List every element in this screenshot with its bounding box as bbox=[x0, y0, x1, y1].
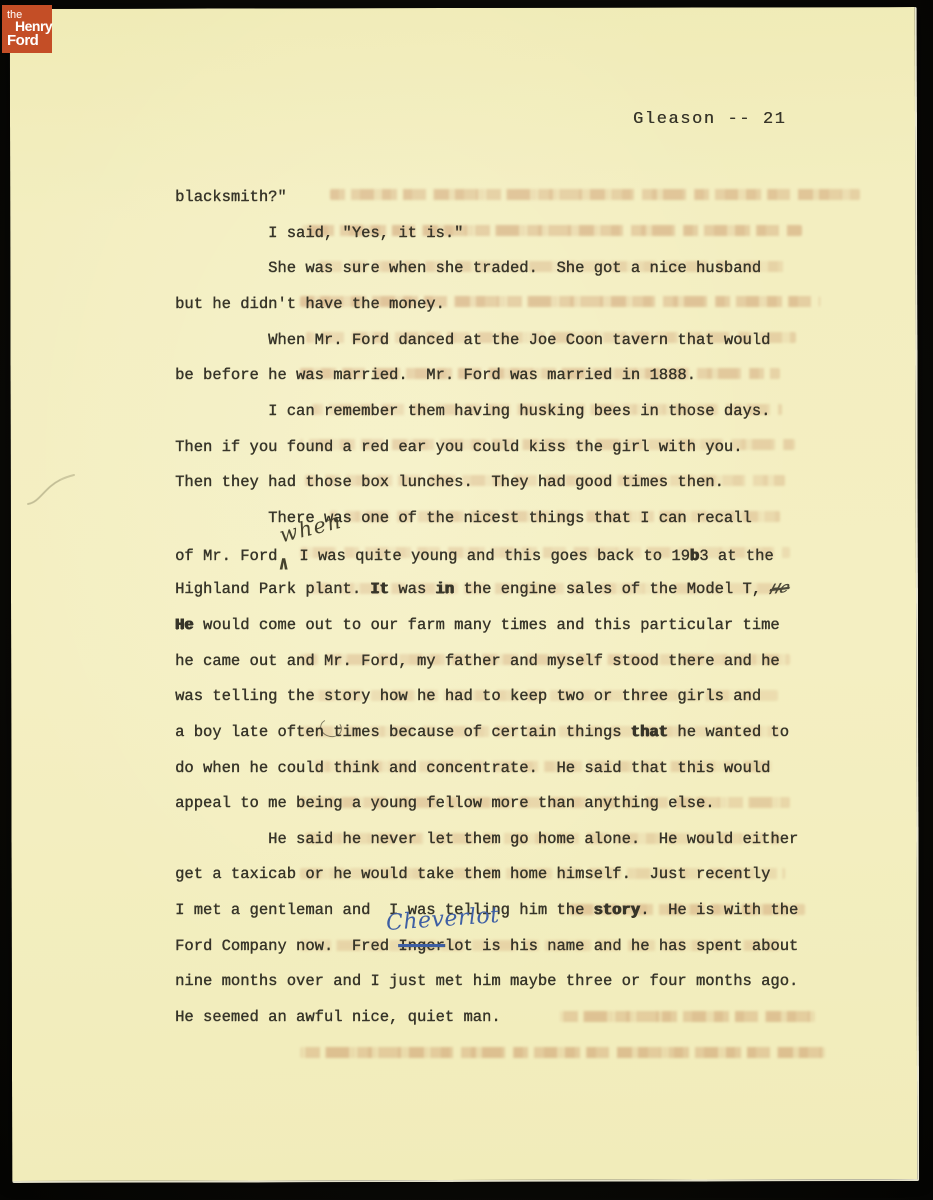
typed-line: There was one of the nicest things that … bbox=[175, 501, 855, 537]
text-segment: Ford Company now. Fred bbox=[175, 937, 398, 955]
typed-line: do when he could think and concentrate. … bbox=[175, 751, 855, 787]
typed-line: be before he was married. Mr. Ford was m… bbox=[175, 358, 855, 394]
text-segment: Highland Park plant. bbox=[175, 580, 361, 598]
text-segment: was telling the story how he had to keep… bbox=[175, 687, 761, 705]
text-segment: a boy late often times because of certai… bbox=[175, 723, 631, 741]
text-segment: he wanted to bbox=[668, 723, 789, 741]
text-segment: be before he was married. Mr. Ford was m… bbox=[175, 366, 696, 384]
text-segment-ot: story bbox=[594, 901, 641, 919]
text-segment: would come out to our farm many times an… bbox=[194, 616, 780, 634]
bleedthrough-line bbox=[300, 1047, 825, 1058]
typed-line: but he didn't have the money. bbox=[175, 287, 855, 323]
text-segment-scribble: He bbox=[764, 571, 795, 609]
text-segment: He said he never let them go home alone.… bbox=[175, 830, 798, 848]
typed-line: of Mr. Ford∧ I was quite young and this … bbox=[175, 537, 855, 573]
typed-line: He said he never let them go home alone.… bbox=[175, 822, 855, 858]
text-segment: do when he could think and concentrate. … bbox=[175, 759, 770, 777]
page-header: Gleason -- 21 bbox=[633, 110, 786, 129]
text-segment: appeal to me being a young fellow more t… bbox=[175, 794, 715, 812]
logo-word-ford: Ford bbox=[7, 32, 38, 49]
text-segment: lot is his name and he has spent about bbox=[445, 937, 798, 955]
text-segment: of Mr. Ford bbox=[175, 547, 277, 565]
text-segment-ot: in bbox=[435, 580, 454, 598]
typed-line: Ford Company now. Fred Ingerlot is his n… bbox=[175, 929, 855, 965]
text-segment: When Mr. Ford danced at the Joe Coon tav… bbox=[175, 331, 770, 349]
typed-line: get a taxicab or he would take them home… bbox=[175, 857, 855, 893]
text-segment: nine months over and I just met him mayb… bbox=[175, 972, 798, 990]
typed-line: I can remember them having husking bees … bbox=[175, 394, 855, 430]
text-segment: get a taxicab or he would take them home… bbox=[175, 865, 770, 883]
typed-line: I met a gentleman and I was telling him … bbox=[175, 893, 855, 929]
text-segment: he came out and Mr. Ford, my father and … bbox=[175, 652, 780, 670]
text-segment-strike-blue: Inger bbox=[398, 937, 445, 955]
text-segment: was bbox=[389, 580, 436, 598]
scanned-page-photo: the Henry Ford Gleason -- 21 blacksmith?… bbox=[0, 0, 933, 1200]
text-segment: the engine sales of the Model T, bbox=[454, 580, 761, 598]
text-segment-ot: b bbox=[690, 547, 699, 565]
text-segment: 3 at the bbox=[699, 547, 773, 565]
text-segment: She was sure when she traded. She got a … bbox=[175, 259, 761, 277]
typed-line: he came out and Mr. Ford, my father and … bbox=[175, 644, 855, 680]
typed-line: blacksmith?" bbox=[175, 180, 855, 216]
text-segment: but he didn't have the money. bbox=[175, 295, 445, 313]
typed-line: was telling the story how he had to keep… bbox=[175, 679, 855, 715]
text-segment: There was one of the nicest things that … bbox=[175, 509, 752, 527]
typed-line: I said, "Yes, it is." bbox=[175, 216, 855, 252]
typed-line: nine months over and I just met him mayb… bbox=[175, 964, 855, 1000]
text-segment: blacksmith?" bbox=[175, 188, 287, 206]
typed-line: Then if you found a red ear you could ki… bbox=[175, 430, 855, 466]
typed-line: appeal to me being a young fellow more t… bbox=[175, 786, 855, 822]
text-segment: He seemed an awful nice, quiet man. bbox=[175, 1008, 501, 1026]
text-segment: I was quite young and this goes back to … bbox=[290, 547, 690, 565]
typed-text-block: blacksmith?" I said, "Yes, it is." She w… bbox=[175, 180, 855, 1036]
text-segment: Then if you found a red ear you could ki… bbox=[175, 438, 742, 456]
typed-line: He seemed an awful nice, quiet man. bbox=[175, 1000, 855, 1036]
paper-crease-mark bbox=[22, 462, 82, 510]
typed-line: He would come out to our farm many times… bbox=[175, 608, 855, 644]
typed-line: When Mr. Ford danced at the Joe Coon tav… bbox=[175, 323, 855, 359]
text-segment: Then they had those box lunches. They ha… bbox=[175, 473, 724, 491]
henry-ford-logo: the Henry Ford bbox=[2, 5, 52, 53]
text-segment: I said, "Yes, it is." bbox=[175, 224, 463, 242]
typed-line: a boy late often times because of certai… bbox=[175, 715, 855, 751]
text-segment: I can remember them having husking bees … bbox=[175, 402, 770, 420]
typed-line: Then they had those box lunches. They ha… bbox=[175, 465, 855, 501]
typed-line: She was sure when she traded. She got a … bbox=[175, 251, 855, 287]
text-segment-ot: He bbox=[175, 616, 194, 634]
text-segment-ot: It bbox=[370, 580, 389, 598]
text-segment: . He is with the bbox=[640, 901, 798, 919]
text-segment bbox=[361, 580, 370, 598]
text-segment-ot: that bbox=[631, 723, 668, 741]
